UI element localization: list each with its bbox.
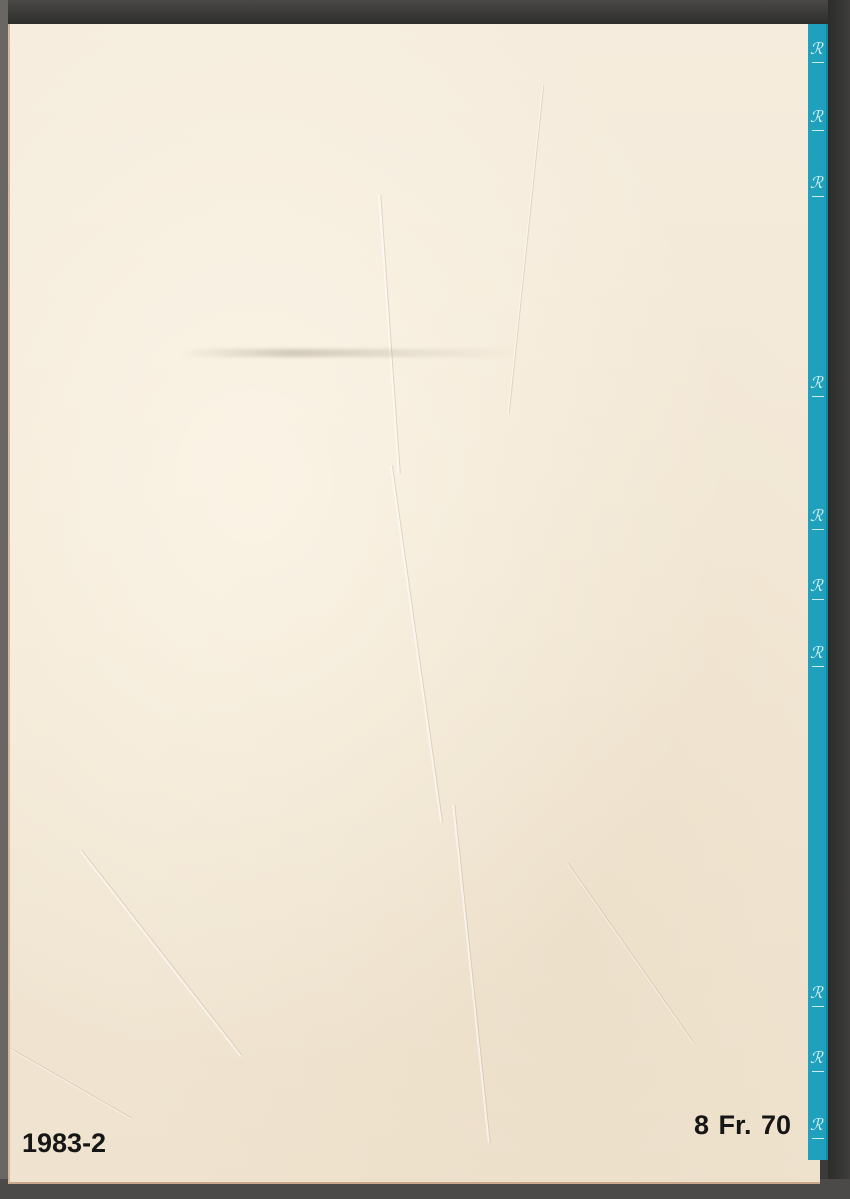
spine-logo-icon: ℛ [810,577,824,595]
paper-crease [378,194,400,473]
spine-tick [812,130,824,131]
paper-crease [80,851,242,1057]
ink-smudge [180,349,520,357]
spine-tick [812,1071,824,1072]
scan-background-left [0,0,8,1199]
scan-background-right [828,0,850,1199]
issue-number-label: 1983-2 [22,1128,106,1159]
teal-spine-strip: ℛ ℛ ℛ ℛ ℛ ℛ ℛ ℛ ℛ ℛ [808,24,828,1160]
price-label: 8 Fr. 70 [694,1110,791,1141]
spine-logo-icon: ℛ [810,984,824,1002]
paper-crease [508,85,543,413]
paper-crease [452,805,490,1143]
spine-logo-icon: ℛ [810,1116,824,1134]
spine-logo-icon: ℛ [810,174,824,192]
spine-tick [812,666,824,667]
back-cover: 1983-2 8 Fr. 70 [8,24,820,1184]
spine-tick [812,196,824,197]
spine-tick [812,396,824,397]
spine-logo-icon: ℛ [810,40,824,58]
spine-logo-icon: ℛ [810,374,824,392]
spine-tick [812,599,824,600]
spine-tick [812,1138,824,1139]
paper-crease [567,864,694,1045]
spine-logo-icon: ℛ [810,108,824,126]
paper-crease [10,1049,132,1120]
spine-tick [812,1006,824,1007]
spine-logo-icon: ℛ [810,1049,824,1067]
spine-tick [812,62,824,63]
scan-background-top [0,0,850,26]
paper-crease [390,466,442,823]
spine-tick [812,529,824,530]
spine-logo-icon: ℛ [810,644,824,662]
spine-logo-icon: ℛ [810,507,824,525]
